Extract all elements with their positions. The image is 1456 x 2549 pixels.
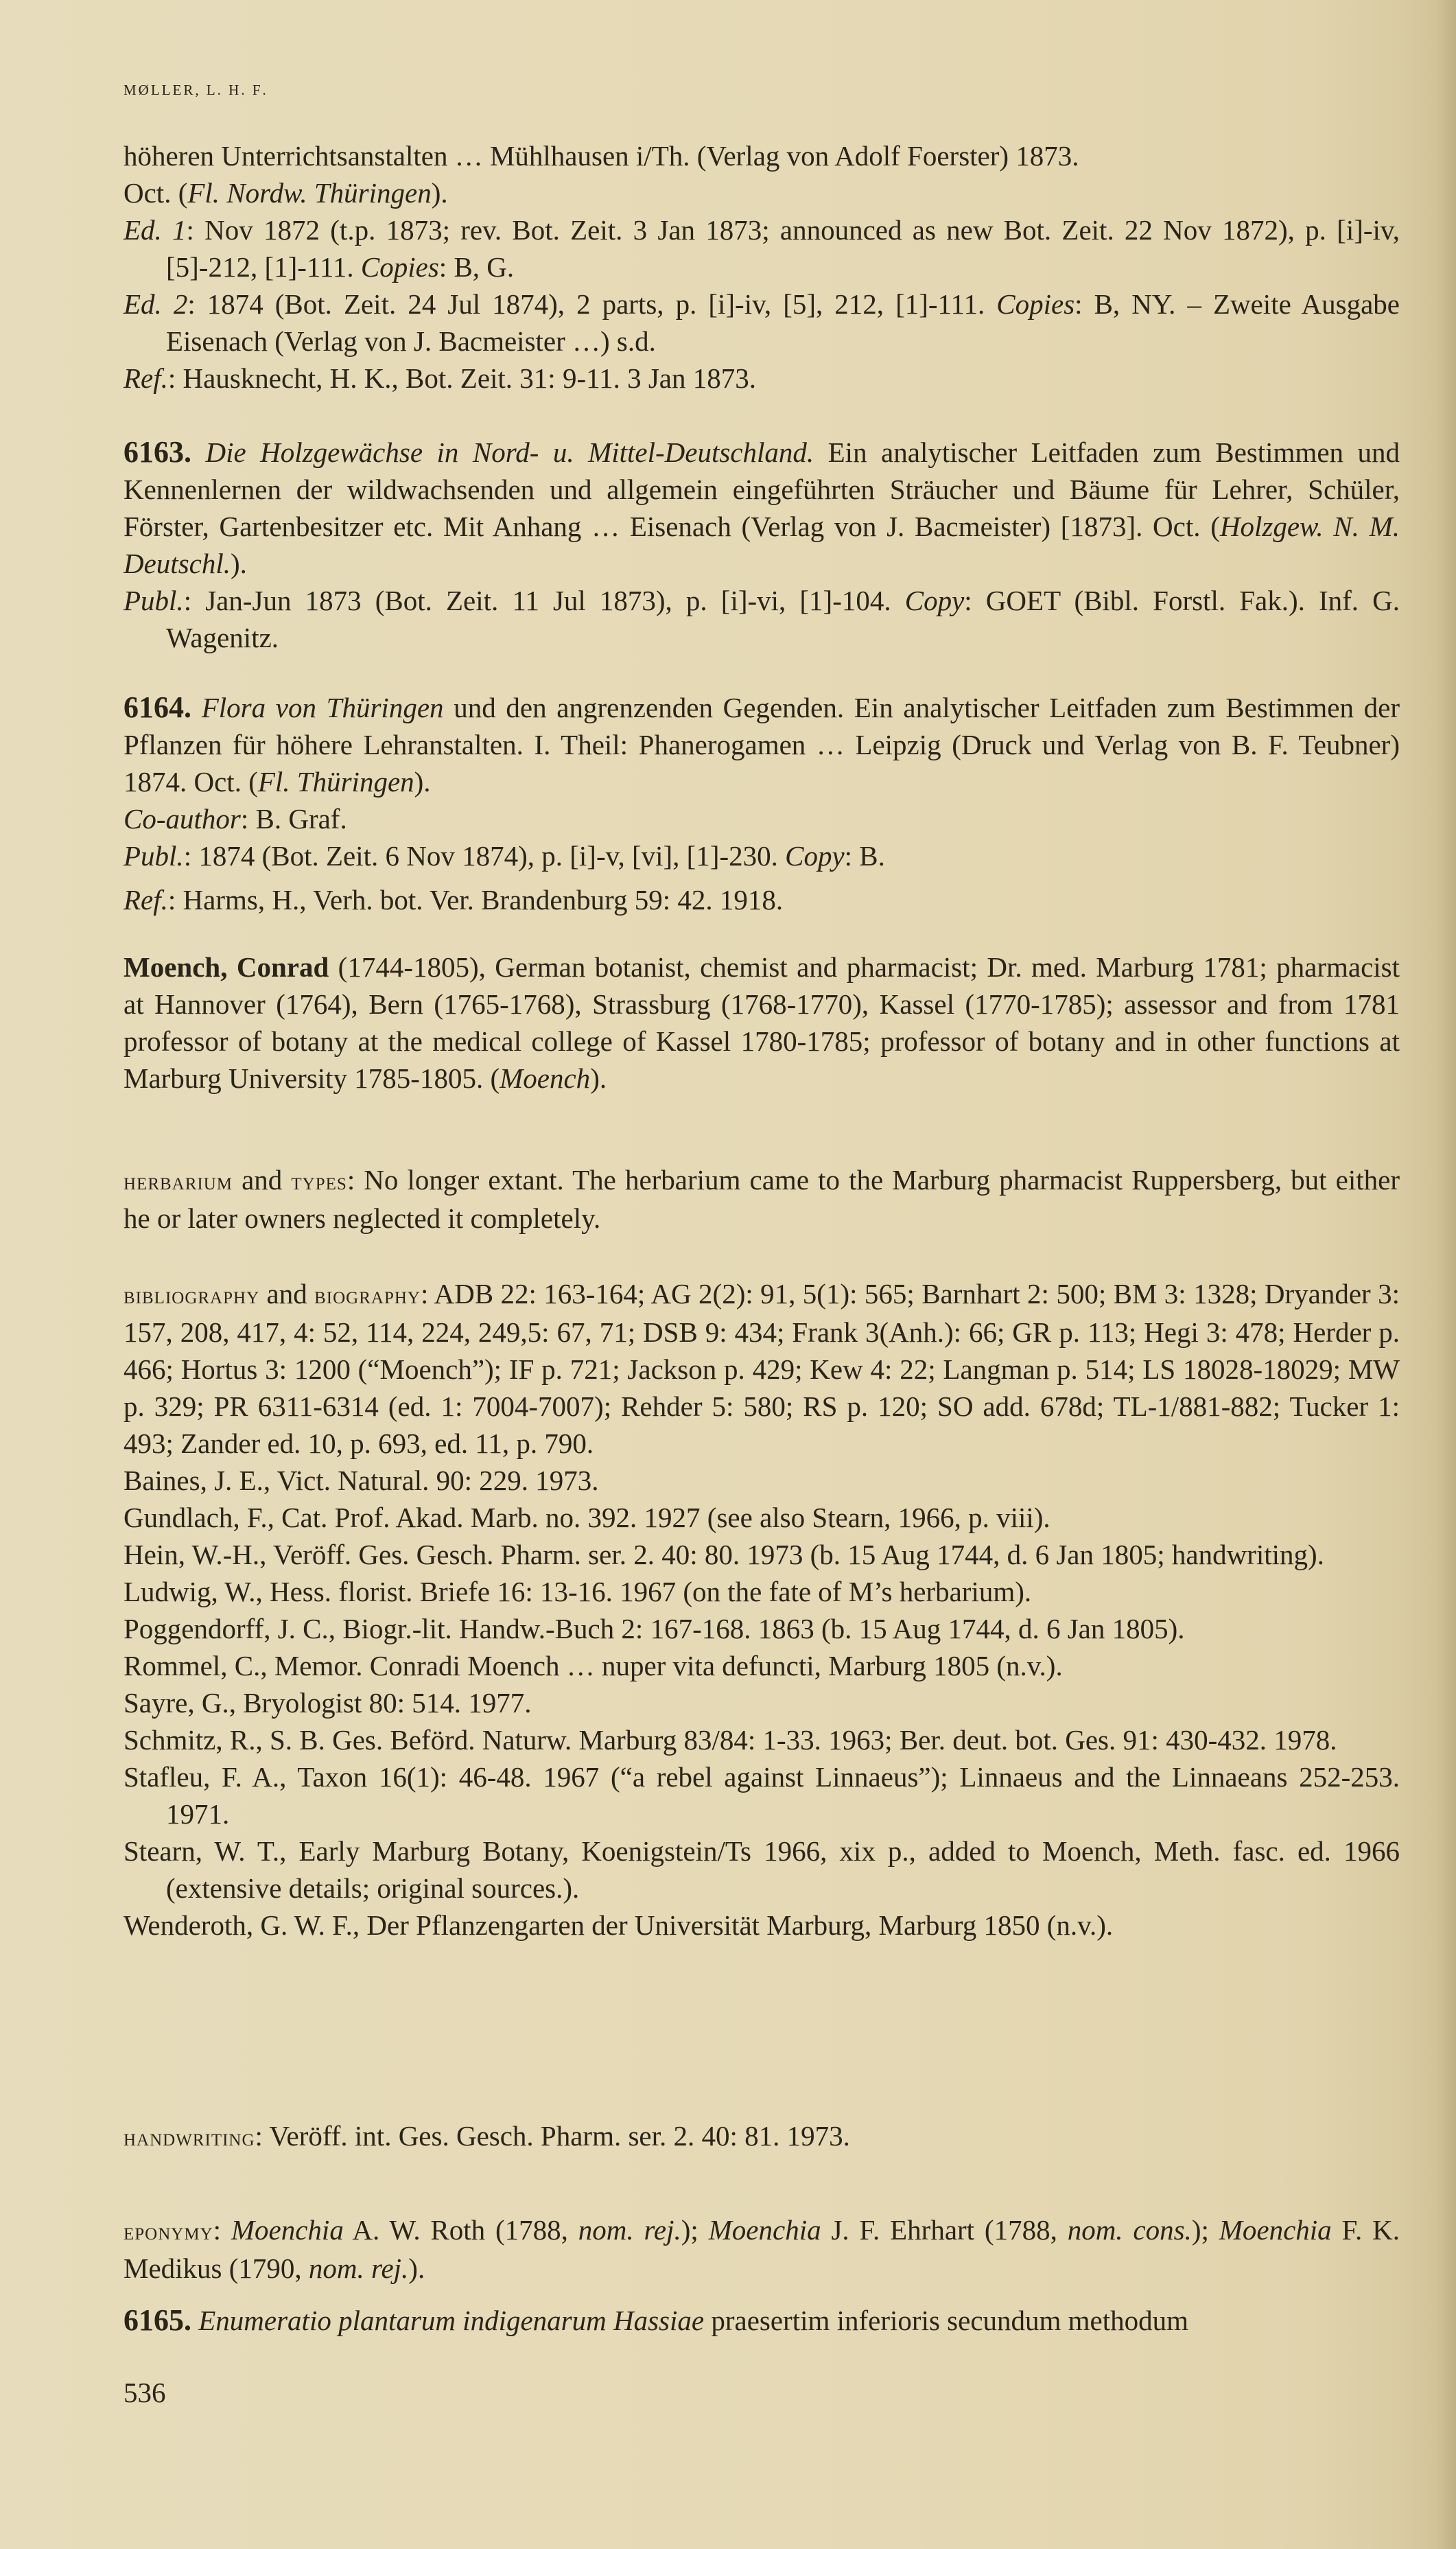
entry-6164: 6164. Flora von Thüringen und den angren… — [124, 689, 1400, 918]
reference-item: Ludwig, W., Hess. florist. Briefe 16: 13… — [124, 1573, 1400, 1610]
reference-item: Baines, J. E., Vict. Natural. 90: 229. 1… — [124, 1462, 1400, 1499]
continued-abbrev: Fl. Nordw. Thüringen — [187, 177, 431, 209]
bibliography-section: bibliography and biography: ADB 22: 163-… — [124, 1275, 1400, 1944]
reference-item: Hein, W.-H., Veröff. Ges. Gesch. Pharm. … — [124, 1536, 1400, 1573]
bibliography-abbreviations: bibliography and biography: ADB 22: 163-… — [124, 1275, 1400, 1462]
handwriting-section: handwriting: Veröff. int. Ges. Gesch. Ph… — [124, 2117, 1400, 2156]
continued-entry: höheren Unterrichtsanstalten … Mühlhause… — [124, 137, 1400, 397]
book-gutter-shadow — [1435, 0, 1456, 2549]
reference-item: Rommel, C., Memor. Conradi Moench … nupe… — [124, 1647, 1400, 1684]
reference-item: Gundlach, F., Cat. Prof. Akad. Marb. no.… — [124, 1499, 1400, 1536]
author-heading: Moench, Conrad (1744-1805), German botan… — [124, 948, 1400, 1097]
entry-6164-coauthor: Co-author: B. Graf. — [124, 800, 1400, 837]
entry-number: 6165. — [124, 2303, 191, 2337]
entry-6165: 6165. Enumeratio plantarum indigenarum H… — [124, 2302, 1400, 2339]
eponymy-section: eponymy: Moenchia A. W. Roth (1788, nom.… — [124, 2211, 1400, 2287]
reference-item: Wenderoth, G. W. F., Der Pflanzengarten … — [124, 1907, 1400, 1944]
entry-6163-title: 6163. Die Holzgewächse in Nord- u. Mitte… — [124, 434, 1400, 582]
reference-item: Poggendorff, J. C., Biogr.-lit. Handw.-B… — [124, 1610, 1400, 1647]
continued-reference: Ref.: Hausknecht, H. K., Bot. Zeit. 31: … — [124, 360, 1400, 397]
entry-6164-publication: Publ.: 1874 (Bot. Zeit. 6 Nov 1874), p. … — [124, 837, 1400, 874]
edition-1: Ed. 1: Nov 1872 (t.p. 1873; rev. Bot. Ze… — [124, 211, 1400, 286]
entry-6163-publication: Publ.: Jan-Jun 1873 (Bot. Zeit. 11 Jul 1… — [124, 582, 1400, 656]
edition-2: Ed. 2: 1874 (Bot. Zeit. 24 Jul 1874), 2 … — [124, 286, 1400, 360]
continued-title-line-1: höheren Unterrichtsanstalten … Mühlhause… — [124, 137, 1400, 174]
running-head: MØLLER, L. H. F. — [124, 77, 268, 100]
reference-item: Stearn, W. T., Early Marburg Botany, Koe… — [124, 1832, 1400, 1907]
continued-title-line-2: Oct. (Fl. Nordw. Thüringen). — [124, 174, 1400, 211]
herbarium-section: herbarium and types: No longer extant. T… — [124, 1161, 1400, 1237]
reference-item: Schmitz, R., S. B. Ges. Beförd. Naturw. … — [124, 1721, 1400, 1758]
entry-number: 6163. — [124, 435, 191, 469]
reference-item: Sayre, G., Bryologist 80: 514. 1977. — [124, 1684, 1400, 1721]
entry-6164-reference: Ref.: Harms, H., Verh. bot. Ver. Branden… — [124, 881, 1400, 918]
reference-item: Stafleu, F. A., Taxon 16(1): 46-48. 1967… — [124, 1758, 1400, 1832]
entry-number: 6164. — [124, 690, 191, 724]
entry-6163: 6163. Die Holzgewächse in Nord- u. Mitte… — [124, 434, 1400, 656]
moench-biography: Moench, Conrad (1744-1805), German botan… — [124, 948, 1400, 1097]
author-name: Moench, Conrad — [124, 951, 329, 983]
page-number: 536 — [124, 2376, 166, 2409]
entry-6164-title: 6164. Flora von Thüringen und den angren… — [124, 689, 1400, 800]
entry-6165-title: 6165. Enumeratio plantarum indigenarum H… — [124, 2302, 1400, 2339]
